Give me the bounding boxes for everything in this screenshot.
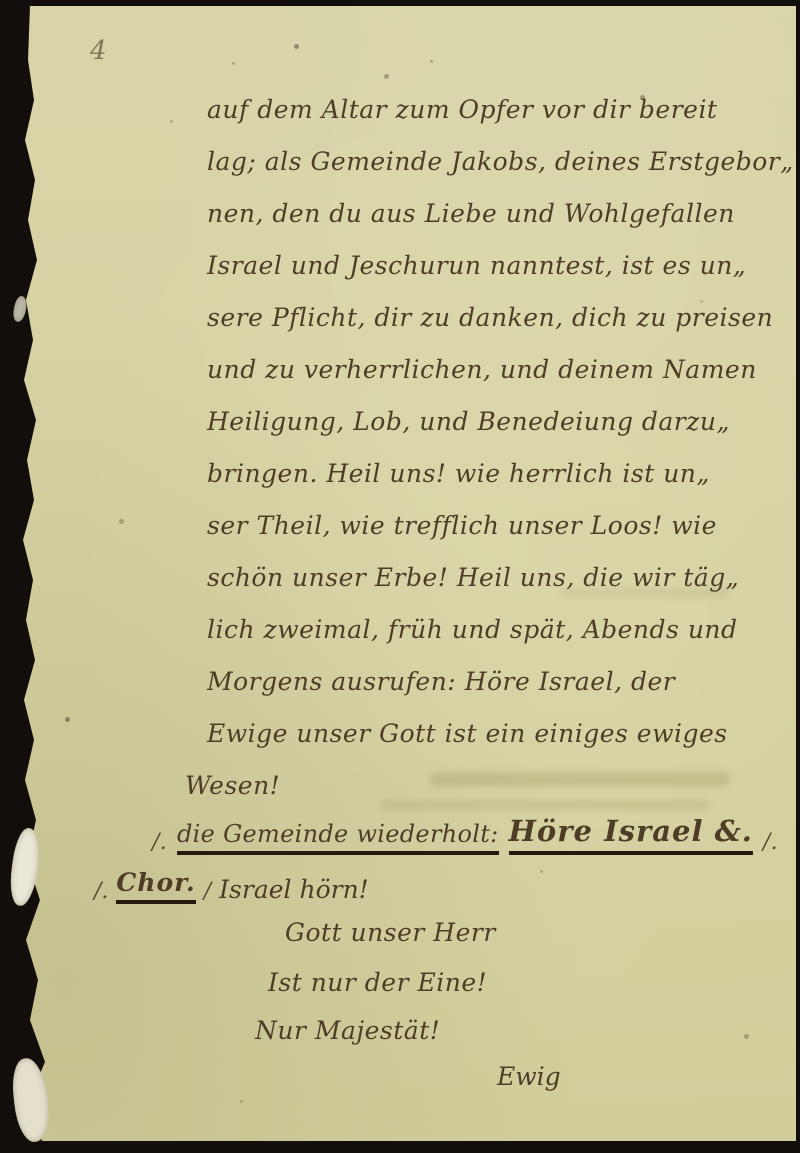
manuscript-line: bringen. Heil uns! wie herrlich ist un„ (207, 448, 777, 500)
manuscript-line: Wesen! (185, 760, 777, 812)
manuscript-line: sere Pflicht, dir zu danken, dich zu pre… (207, 292, 777, 344)
repeat-direction-line: /. die Gemeinde wiederholt: Höre Israel … (152, 814, 778, 855)
chor-text: Israel hörn! (219, 875, 369, 904)
chor-line: /. Chor. / Israel hörn! (94, 868, 369, 904)
photograph-background: 4 auf dem Altar zum Opfer vor dir bereit… (0, 0, 800, 1153)
chor-label: Chor. (116, 868, 195, 904)
opening-parenthesis-mark: /. (94, 879, 108, 904)
manuscript-line: und zu verherrlichen, und deinem Namen (207, 344, 777, 396)
quoted-incipit: Höre Israel &. (509, 814, 753, 855)
closing-parenthesis-mark: /. (763, 830, 778, 855)
chorus-verse-line: Nur Majestät! (255, 1016, 440, 1045)
manuscript-line: schön unser Erbe! Heil uns, die wir täg„ (207, 552, 777, 604)
manuscript-line: lag; als Gemeinde Jakobs, deines Erstgeb… (207, 136, 777, 188)
torn-paper-fragment (11, 295, 28, 323)
manuscript-line: Israel und Jeschurun nanntest, ist es un… (207, 240, 777, 292)
catchword: Ewig (497, 1062, 561, 1091)
manuscript-line: ser Theil, wie trefflich unser Loos! wie (207, 500, 777, 552)
manuscript-line: Heiligung, Lob, und Benedeiung darzu„ (207, 396, 777, 448)
manuscript-line: Ewige unser Gott ist ein einiges ewiges (207, 708, 777, 760)
chorus-verse-line: Ist nur der Eine! (268, 968, 487, 997)
foxing-speckles (0, 0, 3, 3)
opening-parenthesis-mark: /. (152, 830, 167, 855)
main-text-block: auf dem Altar zum Opfer vor dir bereit l… (207, 84, 777, 812)
stage-direction-text: die Gemeinde wiederholt: (177, 820, 499, 855)
manuscript-line: nen, den du aus Liebe und Wohlgefallen (207, 188, 777, 240)
closing-parenthesis-mark: / (204, 879, 211, 904)
manuscript-line: Morgens ausrufen: Höre Israel, der (207, 656, 777, 708)
page-number: 4 (90, 36, 107, 66)
manuscript-line: auf dem Altar zum Opfer vor dir bereit (207, 84, 777, 136)
manuscript-line: lich zweimal, früh und spät, Abends und (207, 604, 777, 656)
chorus-verse-line: Gott unser Herr (285, 918, 496, 947)
